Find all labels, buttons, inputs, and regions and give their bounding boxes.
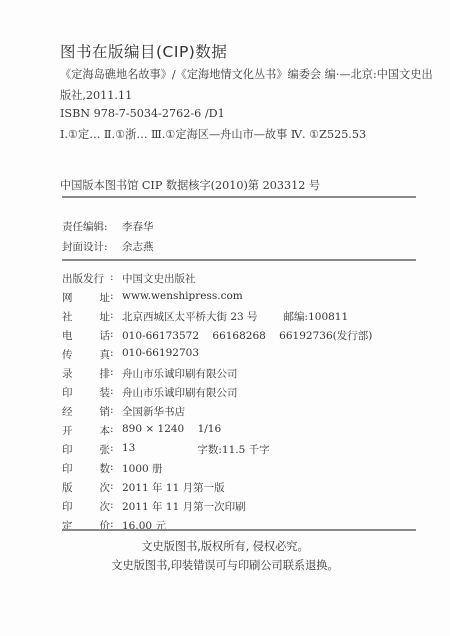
publication-value: 13 [122,442,135,457]
publication-label: 印装 [62,385,110,400]
publication-row: 版次:2011 年 11 月第一版 [62,480,225,495]
label-colon: : [110,442,122,457]
label-colon: : [110,347,122,362]
publication-label: 定价 [62,518,110,533]
publication-row: 印张:13字数:11.5 千字 [62,442,270,457]
credit-value: 余志燕 [122,239,154,254]
publication-value: 2011 年 11 月第一次印刷 [122,499,246,514]
credit-editor: 责任编辑: 李春华 [62,219,154,234]
label-part: 录 [62,366,73,381]
publication-row: 传真:010-66192703 [62,347,199,362]
label-part: 张 [100,442,111,457]
publication-label: 版次 [62,480,110,495]
publication-row: 出版发行:中国文史出版社 [62,271,196,286]
credit-cover-design: 封面设计: 余志燕 [62,239,154,254]
publication-label: 出版发行 [62,271,110,286]
publication-label: 经销 [62,404,110,419]
label-part: 印 [62,385,73,400]
label-part: 本 [100,423,111,438]
label-colon: : [110,518,122,533]
publication-label: 开本 [62,423,110,438]
publication-value: 010-66173572 66168268 66192736(发行部) [122,328,372,343]
publication-value: 16.00 元 [122,518,166,533]
publication-value: 舟山市乐诚印刷有限公司 [122,366,238,381]
divider [62,259,416,261]
publication-value: 中国文史出版社 [122,271,196,286]
publication-value: 1000 册 [122,461,163,476]
return-notice: 文史版图书,印装错误可与印刷公司联系退换。 [0,557,450,573]
credit-value: 李春华 [122,219,154,234]
publication-row: 录排:舟山市乐诚印刷有限公司 [62,366,238,381]
publication-row: 网址:www.wenshipress.com [62,290,243,305]
cip-bibliographic-line-continued: 版社,2011.11 [60,87,132,103]
copyright-notice: 文史版图书,版权所有, 侵权必究。 [0,538,450,554]
label-colon: : [110,328,122,343]
credit-label: 封面设计: [62,239,122,254]
label-colon: : [110,423,122,438]
publication-row: 印次:2011 年 11 月第一次印刷 [62,499,246,514]
label-colon: : [110,366,122,381]
label-part: 印 [62,499,73,514]
label-part: 次 [100,480,111,495]
publication-row: 社址:北京西城区太平桥大街 23 号邮编:100811 [62,309,348,324]
cip-classification: Ⅰ.①定… Ⅱ.①浙… Ⅲ.①定海区—舟山市—故事 Ⅳ. ①Z525.53 [60,126,366,142]
label-part: 传 [62,347,73,362]
label-colon: : [110,271,122,286]
label-part: 销 [100,404,111,419]
label-colon: : [110,385,122,400]
publication-row: 印装:舟山市乐诚印刷有限公司 [62,385,238,400]
publication-row: 开本:890 × 1240 1/16 [62,423,221,438]
label-part: 址 [100,290,111,305]
publication-label: 印张 [62,442,110,457]
label-part: 定 [62,518,73,533]
label-part: 印 [62,461,73,476]
label-part: 装 [100,385,111,400]
cip-bibliographic-line: 《定海岛礁地名故事》/《定海地情文化丛书》编委会 编·—北京:中国文史出 [60,66,433,82]
label-part: 址 [100,309,111,324]
label-part: 社 [62,309,73,324]
label-colon: : [110,480,122,495]
publication-extra: 字数:11.5 千字 [197,442,269,457]
publication-row: 印数:1000 册 [62,461,163,476]
publication-value: 全国新华书店 [122,404,185,419]
publication-label: 社址 [62,309,110,324]
label-part: 价 [100,518,111,533]
label-part: 数 [100,461,111,476]
publication-value: www.wenshipress.com [122,290,243,305]
label-part: 话 [100,328,111,343]
label-part: 网 [62,290,73,305]
label-colon: : [110,309,122,324]
label-colon: : [110,404,122,419]
label-part: 印 [62,442,73,457]
label-part: 经 [62,404,73,419]
publication-value: 010-66192703 [122,347,199,362]
publication-value: 北京西城区太平桥大街 23 号 [122,309,258,324]
label-colon: : [110,499,122,514]
label-colon: : [110,461,122,476]
label-part: 版 [62,480,73,495]
publication-label: 印数 [62,461,110,476]
label-part: 排 [100,366,111,381]
publication-label: 网址 [62,290,110,305]
label-colon: : [110,290,122,305]
label-part: 真 [100,347,111,362]
credit-label: 责任编辑: [62,219,122,234]
cip-title: 图书在版编目(CIP)数据 [60,40,227,62]
publication-label: 传真 [62,347,110,362]
cip-approval-number: 中国版本图书馆 CIP 数据核字(2010)第 203312 号 [60,177,320,193]
label-part: 电 [62,328,73,343]
publication-label: 印次 [62,499,110,514]
divider [62,196,416,198]
publication-value: 舟山市乐诚印刷有限公司 [122,385,238,400]
publication-value: 2011 年 11 月第一版 [122,480,225,495]
publication-row: 定价:16.00 元 [62,518,166,533]
divider [62,529,416,531]
publication-label: 录排 [62,366,110,381]
publication-row: 经销:全国新华书店 [62,404,185,419]
publication-row: 电话:010-66173572 66168268 66192736(发行部) [62,328,372,343]
publication-extra: 邮编:100811 [284,309,349,324]
publication-value: 890 × 1240 1/16 [122,423,221,438]
cip-isbn: ISBN 978-7-5034-2762-6 /D1 [60,107,225,120]
label-part: 开 [62,423,73,438]
label-part: 出版发行 [62,271,104,286]
label-part: 次 [100,499,111,514]
publication-label: 电话 [62,328,110,343]
